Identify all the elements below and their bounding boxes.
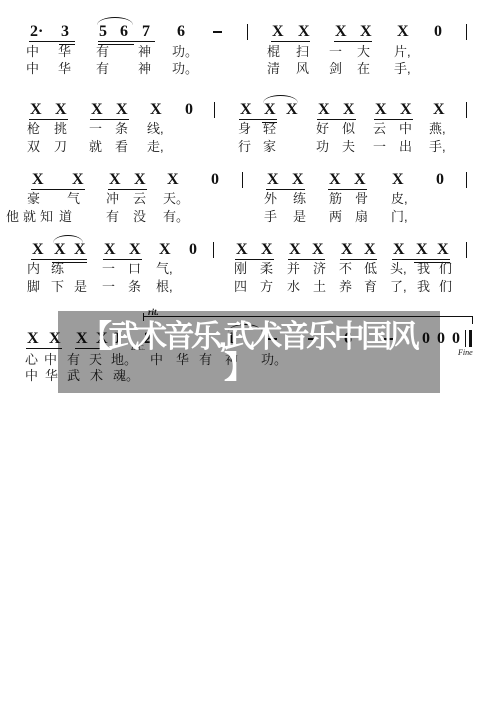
lyric-syllable: 道 [59, 210, 72, 224]
lyric-syllable: 一 [329, 45, 342, 59]
lyric-syllable: 筋 [329, 192, 342, 206]
lyric-syllable: 线, [147, 122, 164, 136]
note: 0 [452, 331, 460, 347]
note: X [392, 172, 404, 188]
lyric-syllable: 们 [439, 262, 452, 276]
note: X [312, 242, 324, 258]
lyric-syllable: 神 [138, 45, 151, 59]
note: X [289, 242, 301, 258]
note: X [329, 172, 341, 188]
note: 5 [99, 24, 107, 40]
lyric-syllable: 低 [364, 262, 377, 276]
lyric-syllable: 扇 [355, 210, 368, 224]
lyric-syllable: 行 [238, 140, 251, 154]
lyric-syllable: 育 [364, 280, 377, 294]
note: X [30, 102, 42, 118]
lyric-syllable: 云 [133, 192, 146, 206]
lyric-syllable: 华 [58, 45, 71, 59]
lyric-syllable: 就 [89, 140, 102, 154]
lyric-syllable: 冲 [106, 192, 119, 206]
note: X [167, 172, 179, 188]
lyric-syllable: 出 [399, 140, 412, 154]
lyric-syllable: 神 [138, 62, 151, 76]
lyric-syllable: 剑 [329, 62, 342, 76]
note: X [272, 24, 284, 40]
lyric-syllable: 中 [399, 122, 412, 136]
lyric-syllable: 根, [156, 280, 173, 294]
lyric-syllable: 扫 [296, 45, 309, 59]
note: X [335, 24, 347, 40]
note: X [298, 24, 310, 40]
lyric-syllable: 片, [394, 45, 411, 59]
lyric-syllable: 是 [74, 280, 87, 294]
slur-arc [263, 95, 298, 103]
note: X [129, 242, 141, 258]
note: X [150, 102, 162, 118]
note: X [397, 24, 409, 40]
lyric-syllable: 气, [156, 262, 173, 276]
lyric-syllable: 骨 [355, 192, 368, 206]
note: X [27, 331, 39, 347]
lyric-syllable: 土 [313, 280, 326, 294]
lyric-syllable: 功。 [172, 45, 198, 59]
note: X [261, 242, 273, 258]
lyric-syllable: 一 [373, 140, 386, 154]
watermark-text: 【武术音乐,武术音乐中国风 [81, 321, 416, 352]
lyric-syllable: 们 [439, 280, 452, 294]
lyric-syllable: 豪 [27, 192, 40, 206]
lyric-syllable: 柔 [260, 262, 273, 276]
note: X [32, 242, 44, 258]
lyric-syllable: 有 [96, 62, 109, 76]
lyric-syllable: 我 [417, 262, 430, 276]
barline [466, 102, 467, 118]
note: 2· [30, 24, 43, 40]
lyric-syllable: 中 [26, 62, 39, 76]
note: 6 [177, 24, 185, 40]
note: 0 [211, 172, 219, 188]
note: X [159, 242, 171, 258]
note: X [116, 102, 128, 118]
note: X [343, 102, 355, 118]
lyric-syllable: 清 [267, 62, 280, 76]
lyric-syllable: 双 [27, 140, 40, 154]
lyric-syllable: 条 [115, 122, 128, 136]
lyric-syllable: 好 [316, 122, 329, 136]
note: 0 [189, 242, 197, 258]
lyric-syllable: 中 [26, 45, 39, 59]
lyric-syllable: 他 [6, 210, 19, 224]
beam-line [334, 41, 372, 42]
lyric-syllable: 了, [390, 280, 407, 294]
beam-line [29, 41, 75, 42]
lyric-syllable: 条 [128, 280, 141, 294]
note: 3 [61, 24, 69, 40]
lyric-syllable: 济 [313, 262, 326, 276]
lyric-syllable: 并 [287, 262, 300, 276]
note: X [104, 242, 116, 258]
note: X [375, 102, 387, 118]
note: 0 [434, 24, 442, 40]
note: X [286, 102, 298, 118]
note: X [267, 172, 279, 188]
barline [214, 102, 215, 118]
note: 6 [120, 24, 128, 40]
lyric-syllable: 手, [429, 140, 446, 154]
lyric-syllable: 一 [89, 122, 102, 136]
lyric-syllable: 练 [51, 262, 64, 276]
final-barline [465, 330, 466, 347]
lyric-syllable: 头, [390, 262, 407, 276]
note: X [400, 102, 412, 118]
note: X [72, 172, 84, 188]
note: X [292, 172, 304, 188]
lyric-syllable: 气 [67, 192, 80, 206]
note: X [74, 242, 86, 258]
lyric-syllable: 皮, [391, 192, 408, 206]
note: X [354, 172, 366, 188]
lyric-syllable: 知 [40, 210, 53, 224]
note: 0 [185, 102, 193, 118]
lyric-syllable: 练 [293, 192, 306, 206]
score-page: 2·35676XXXXX0中华有神功。棍扫一大片,中华有神功。清风剑在手,XXX… [0, 0, 500, 706]
lyric-syllable: 心 [25, 353, 38, 367]
lyric-syllable: 身 [238, 122, 251, 136]
lyric-syllable: 枪 [27, 122, 40, 136]
beam-line [26, 348, 62, 349]
lyric-syllable: 天。 [163, 192, 189, 206]
lyric-syllable: 手 [264, 210, 277, 224]
barline [213, 242, 214, 258]
note: X [318, 102, 330, 118]
note: X [393, 242, 405, 258]
note: X [32, 172, 44, 188]
note: X [236, 242, 248, 258]
note: X [109, 172, 121, 188]
lyric-syllable: 一 [102, 280, 115, 294]
lyric-syllable: 有 [96, 45, 109, 59]
note: X [240, 102, 252, 118]
lyric-syllable: 手, [394, 62, 411, 76]
note: 0 [436, 172, 444, 188]
watermark-text-close: 】 [224, 352, 255, 383]
note: X [433, 102, 445, 118]
lyric-syllable: 水 [287, 280, 300, 294]
final-barline [469, 330, 472, 347]
lyric-syllable: 我 [417, 280, 430, 294]
lyric-syllable: 刚 [234, 262, 247, 276]
note: X [54, 242, 66, 258]
lyric-syllable: 大 [357, 45, 370, 59]
lyric-syllable: 有 [106, 210, 119, 224]
lyric-syllable: 看 [115, 140, 128, 154]
lyric-syllable: 方 [260, 280, 273, 294]
lyric-syllable: 棍 [267, 45, 280, 59]
beam-line [271, 41, 310, 42]
note: X [264, 102, 276, 118]
slur-arc [53, 235, 83, 243]
lyric-syllable: 刀 [54, 140, 67, 154]
beam-line [98, 41, 155, 42]
lyric-syllable: 一 [102, 262, 115, 276]
note: X [360, 24, 372, 40]
lyric-syllable: 两 [329, 210, 342, 224]
lyric-syllable: 中 [44, 353, 57, 367]
barline [466, 24, 467, 40]
lyric-syllable: 外 [264, 192, 277, 206]
lyric-syllable: 四 [234, 280, 247, 294]
lyric-syllable: 口 [128, 262, 141, 276]
lyric-syllable: 在 [357, 62, 370, 76]
lyric-syllable: 下 [51, 280, 64, 294]
lyric-syllable: 内 [27, 262, 40, 276]
note: X [437, 242, 449, 258]
barline [466, 172, 467, 188]
note: X [91, 102, 103, 118]
lyric-syllable: 养 [339, 280, 352, 294]
lyric-syllable: 夫 [342, 140, 355, 154]
lyric-syllable: 华 [45, 369, 58, 383]
lyric-syllable: 中 [25, 369, 38, 383]
fine-mark: Fine [458, 348, 473, 357]
slur-arc [97, 17, 133, 25]
lyric-syllable: 轻 [263, 122, 276, 136]
lyric-syllable: 云 [373, 122, 386, 136]
lyric-syllable: 华 [58, 62, 71, 76]
barline [242, 172, 243, 188]
lyric-syllable: 挑 [54, 122, 67, 136]
lyric-syllable: 燕, [429, 122, 446, 136]
lyric-syllable: 是 [293, 210, 306, 224]
lyric-syllable: 没 [133, 210, 146, 224]
barline [466, 242, 467, 258]
note: 7 [142, 24, 150, 40]
barline [247, 24, 248, 40]
lyric-syllable: 功。 [172, 62, 198, 76]
lyric-syllable: 似 [342, 122, 355, 136]
note: X [416, 242, 428, 258]
ending-bracket-tick [472, 316, 473, 324]
lyric-syllable: 有。 [163, 210, 189, 224]
lyric-syllable: 功 [316, 140, 329, 154]
lyric-syllable: 家 [263, 140, 276, 154]
lyric-syllable: 不 [339, 262, 352, 276]
lyric-syllable: 走, [147, 140, 164, 154]
lyric-syllable: 脚 [27, 280, 40, 294]
lyric-syllable: 就 [23, 210, 36, 224]
note: X [341, 242, 353, 258]
note: X [364, 242, 376, 258]
dash-note [213, 31, 222, 33]
note: X [134, 172, 146, 188]
lyric-syllable: 风 [296, 62, 309, 76]
lyric-syllable: 门, [391, 210, 408, 224]
note: X [55, 102, 67, 118]
